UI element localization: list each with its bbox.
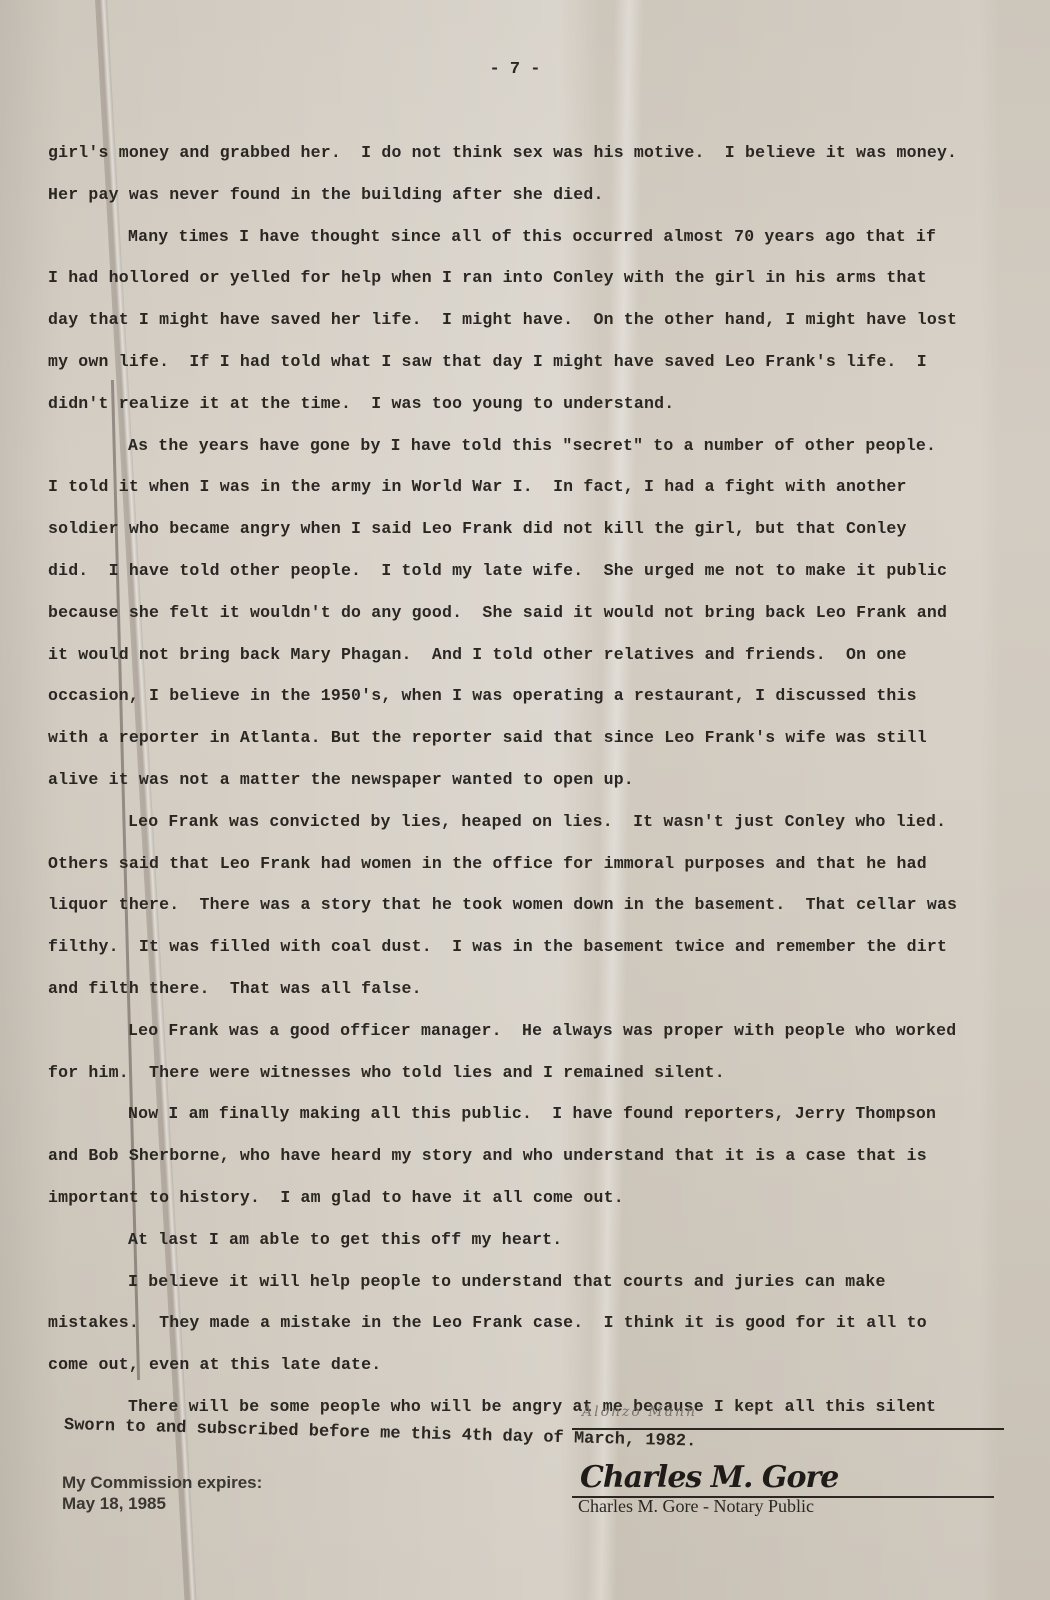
text-line: soldier who became angry when I said Leo… bbox=[48, 508, 1018, 550]
text-line: Others said that Leo Frank had women in … bbox=[48, 843, 1018, 885]
text-line: it would not bring back Mary Phagan. And… bbox=[48, 634, 1018, 676]
text-line: with a reporter in Atlanta. But the repo… bbox=[48, 717, 1018, 759]
text-line: for him. There were witnesses who told l… bbox=[48, 1052, 1018, 1094]
text-line: didn't realize it at the time. I was too… bbox=[48, 383, 1018, 425]
text-line: At last I am able to get this off my hea… bbox=[48, 1219, 1018, 1261]
notary-name: Charles M. Gore - Notary Public bbox=[578, 1496, 814, 1517]
text-line: Her pay was never found in the building … bbox=[48, 174, 1018, 216]
affidavit-body: girl's money and grabbed her. I do not t… bbox=[48, 132, 1018, 1428]
text-line: and Bob Sherborne, who have heard my sto… bbox=[48, 1135, 1018, 1177]
text-line: did. I have told other people. I told my… bbox=[48, 550, 1018, 592]
text-line: As the years have gone by I have told th… bbox=[48, 425, 1018, 467]
notary-signature: Charles M. Gore bbox=[580, 1460, 838, 1495]
text-line: I had hollored or yelled for help when I… bbox=[48, 257, 1018, 299]
commission-expiry: My Commission expires: May 18, 1985 bbox=[62, 1472, 262, 1514]
text-line: Leo Frank was convicted by lies, heaped … bbox=[48, 801, 1018, 843]
text-line: occasion, I believe in the 1950's, when … bbox=[48, 675, 1018, 717]
document-page: - 7 - girl's money and grabbed her. I do… bbox=[0, 0, 1050, 1600]
text-line: important to history. I am glad to have … bbox=[48, 1177, 1018, 1219]
page-number: - 7 - bbox=[0, 60, 1030, 79]
text-line: my own life. If I had told what I saw th… bbox=[48, 341, 1018, 383]
text-line: girl's money and grabbed her. I do not t… bbox=[48, 132, 1018, 174]
text-line: day that I might have saved her life. I … bbox=[48, 299, 1018, 341]
affiant-signature-line bbox=[572, 1428, 1004, 1430]
text-line: I told it when I was in the army in Worl… bbox=[48, 466, 1018, 508]
text-line: filthy. It was filled with coal dust. I … bbox=[48, 926, 1018, 968]
text-line: Now I am finally making all this public.… bbox=[48, 1093, 1018, 1135]
text-line: and filth there. That was all false. bbox=[48, 968, 1018, 1010]
commission-date: May 18, 1985 bbox=[62, 1493, 262, 1514]
text-line: because she felt it wouldn't do any good… bbox=[48, 592, 1018, 634]
text-line: Leo Frank was a good officer manager. He… bbox=[48, 1010, 1018, 1052]
affiant-signature: Alonzo Mann bbox=[582, 1404, 697, 1420]
text-line: mistakes. They made a mistake in the Leo… bbox=[48, 1302, 1018, 1344]
text-line: come out, even at this late date. bbox=[48, 1344, 1018, 1386]
text-line: liquor there. There was a story that he … bbox=[48, 884, 1018, 926]
text-line: Many times I have thought since all of t… bbox=[48, 216, 1018, 258]
commission-label: My Commission expires: bbox=[62, 1472, 262, 1493]
text-line: alive it was not a matter the newspaper … bbox=[48, 759, 1018, 801]
text-line: I believe it will help people to underst… bbox=[48, 1261, 1018, 1303]
